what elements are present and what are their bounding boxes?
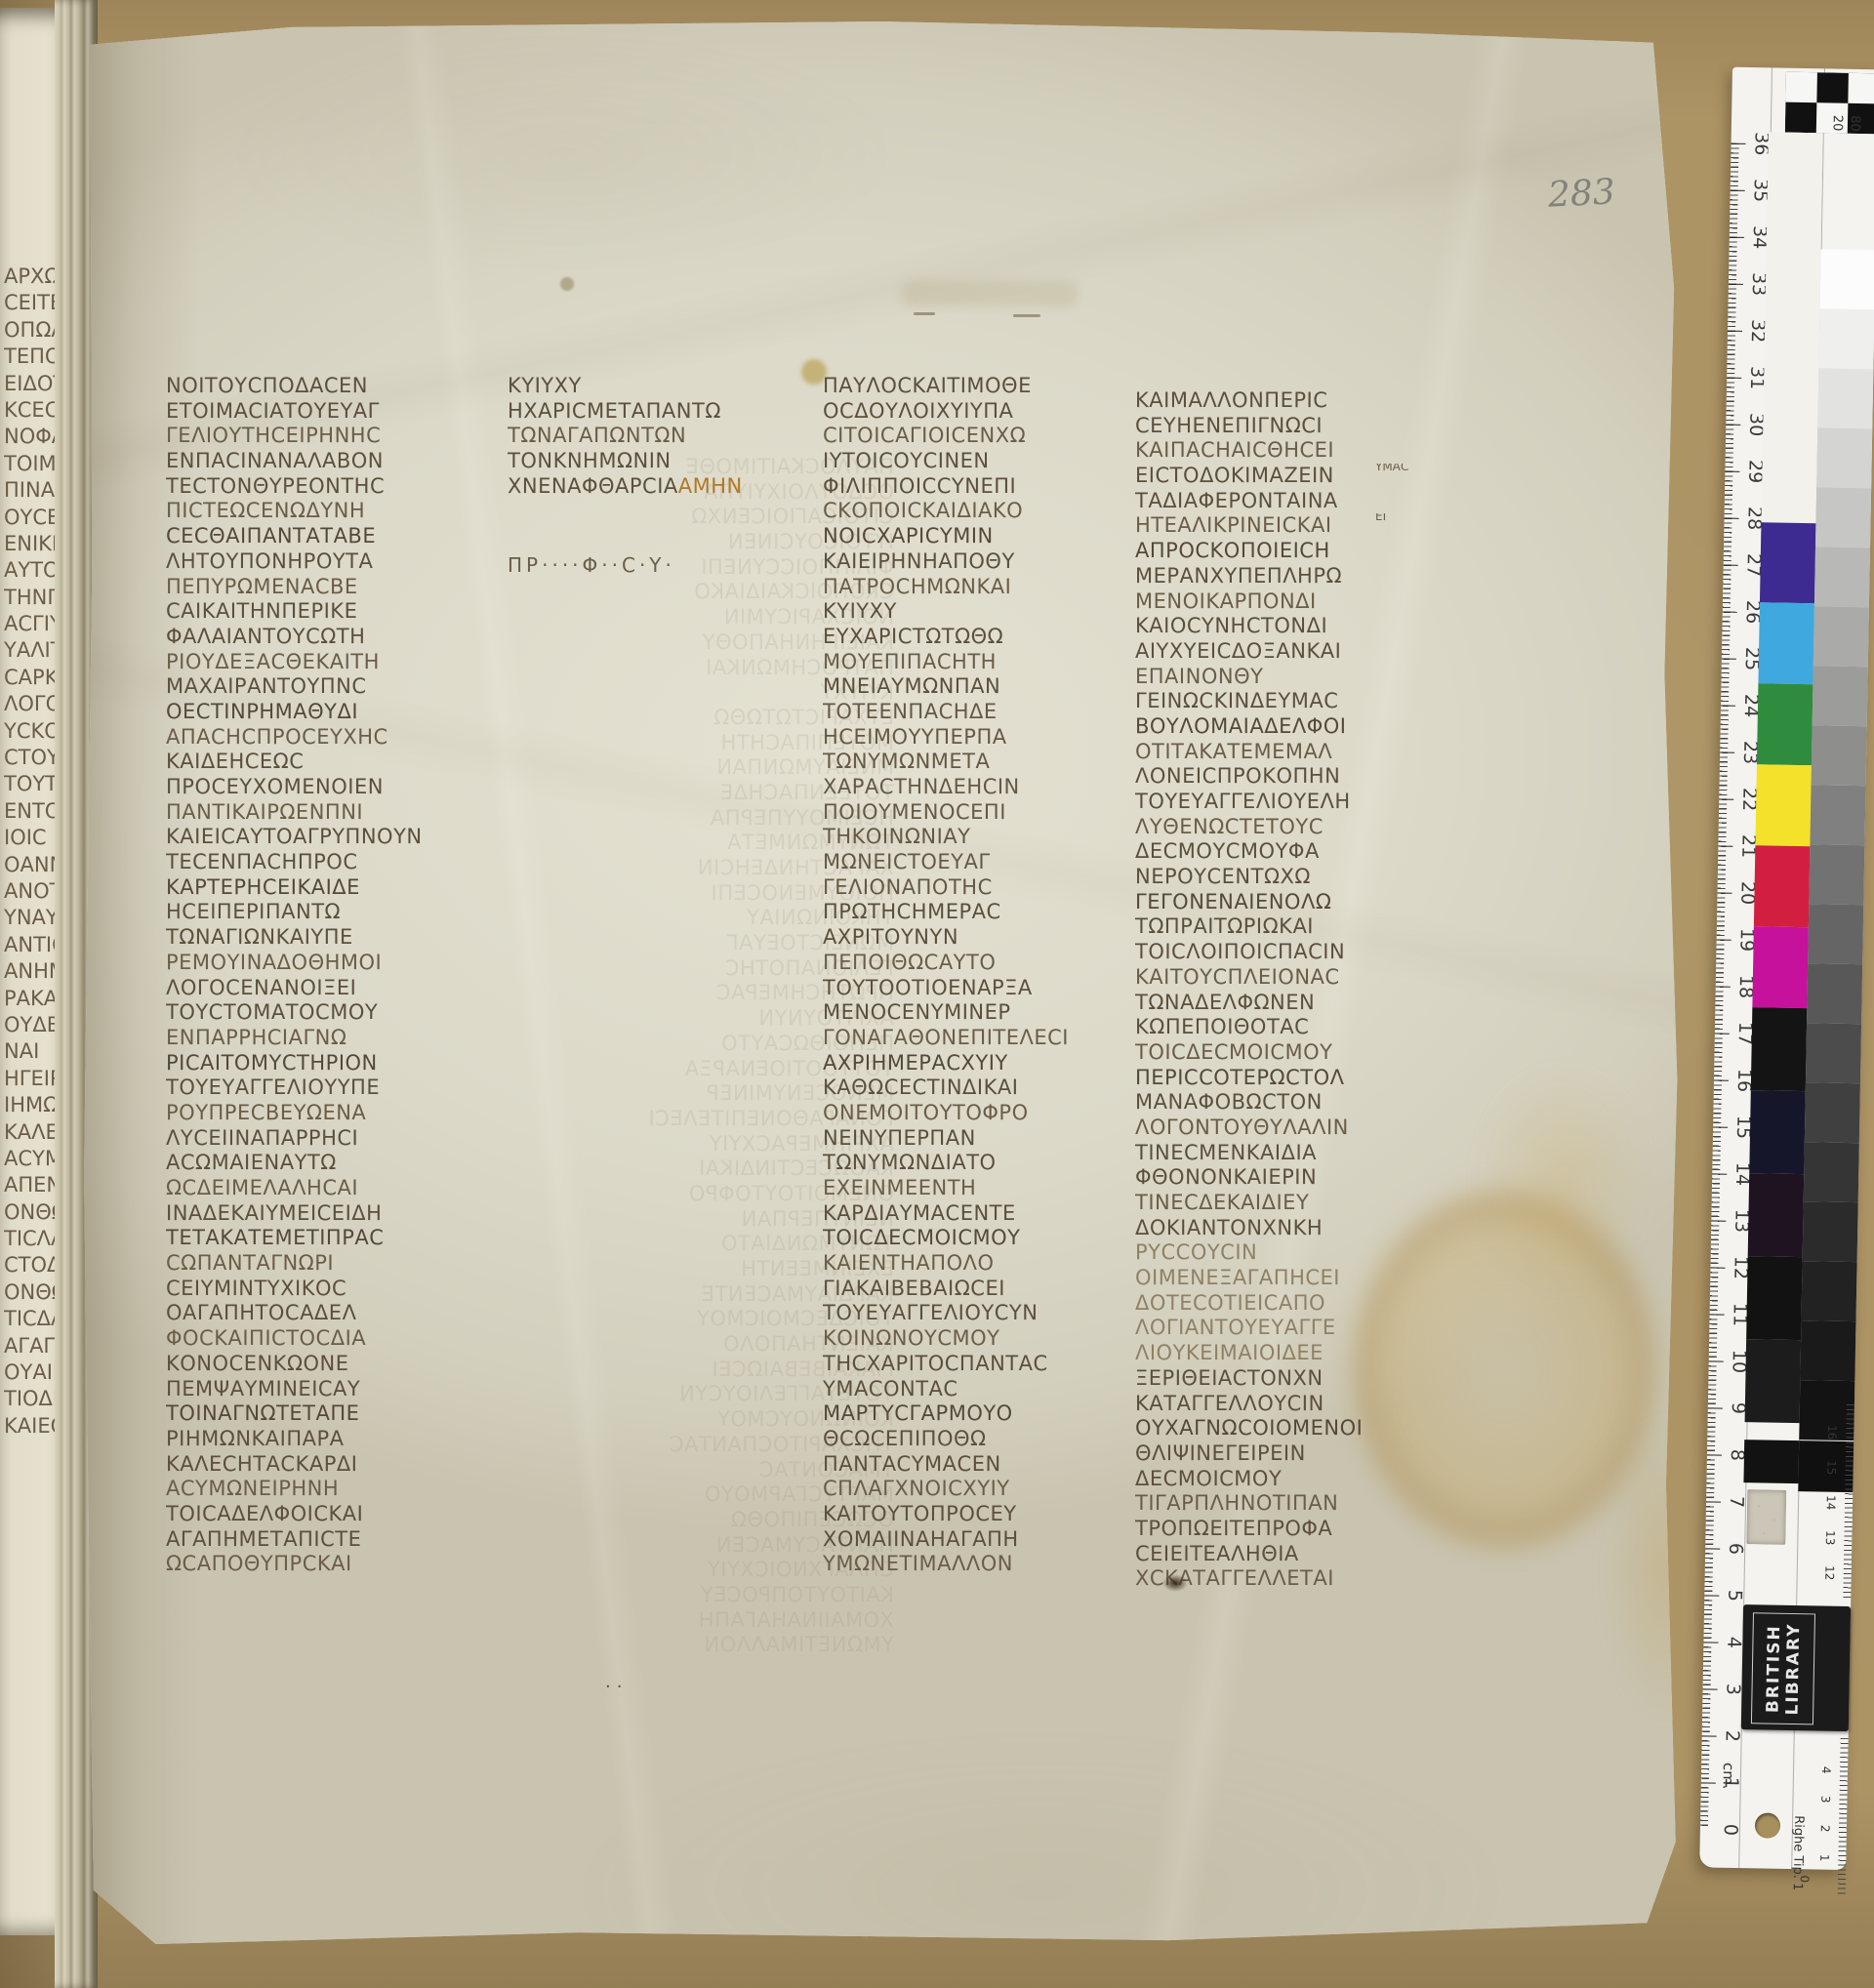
facing-page-line: ΟΠΩΑΥ [4, 317, 62, 344]
manuscript-line: ΤΡΟΠΩΕΙΤΕΠΡΟΦΑ [1135, 1517, 1428, 1542]
grayscale-step-3 [1816, 427, 1872, 488]
manuscript-line: ΑϹΥΜΩΝΕΙΡΗΝΗ [166, 1477, 459, 1502]
manuscript-line: ΤΕΤΑΚΑΤΕΜΕΤΙΠΡΑϹ [166, 1226, 459, 1251]
facing-page-line: ΝΟΦΑΙ [4, 424, 62, 450]
manuscript-line: ΑΠΡΟϹΚΟΠΟΙΕΙϹΗ [1135, 539, 1428, 564]
facing-page-line: ΗΓΕΙΡΕ [4, 1066, 62, 1092]
manuscript-line: ΓΕΛΙΟΝΑΠΟΤΗϹ [823, 875, 1116, 901]
manuscript-line: ΚΑΛΕϹΗΤΑϹΚΑΡΔΙ [166, 1452, 459, 1478]
grayscale-step-10 [1809, 844, 1864, 905]
manuscript-line: ΛΙΟΥΚΕΙΜΑΙΟΙΔΕΕ [1135, 1341, 1428, 1366]
manuscript-line: ΜΕΡΑΝΧΥΠΕΠΛΗΡΩ [1135, 564, 1428, 589]
manuscript-line: ΝΕΡΟΥϹΕΝΤΩΧΩ [1135, 865, 1428, 890]
manuscript-line: ΚΥΙΥΧΥ [508, 374, 800, 399]
facing-page-line: ΟΥΔΕΡΙΤ [4, 1012, 62, 1038]
showthrough-line: ΧΟΜΑΙΙΝΑΗΑΓΑΠΗ [599, 1608, 894, 1634]
facing-page-line: ΤΗΝΠΑ [4, 585, 62, 611]
facing-page-line: ΛΟΓΟϹ [4, 691, 62, 717]
manuscript-line: ΕΥΧΑΡΙϹΤΩΤΩΘΩ [823, 625, 1116, 650]
manuscript-line: ΟΤΙΤΑΚΑΤΕΜΕΜΑΛ [1135, 740, 1428, 765]
mini-ruler-number: 4 [1819, 1766, 1833, 1774]
grayscale-step-7 [1813, 666, 1868, 726]
manuscript-line: ΓΙΑΚΑΙΒΕΒΑΙΩϹΕΙ [823, 1277, 1116, 1302]
amen-rubric: ΑΜΗΝ [678, 474, 743, 498]
manuscript-line: ΟΝΕΜΟΙΤΟΥΤΟΦΡΟ [823, 1101, 1116, 1126]
manuscript-line: ΜΝΕΙΑΥΜΩΝΠΑΝ [823, 674, 1116, 700]
manuscript-line: ΤΟΥϹΤΟΜΑΤΟϹΜΟΥ [166, 1000, 459, 1026]
correction-superscript: ΕΙ [1375, 513, 1386, 530]
grayscale-value-label: 80 [1848, 115, 1862, 132]
manuscript-line: ΜΩΝΕΙϹΤΟΕΥΑΓ [823, 850, 1116, 875]
manuscript-line: ΠΑΤΡΟϹΗΜΩΝΚΑΙ [823, 575, 1116, 600]
manuscript-line: ΤΩΝΑΔΕΛΦΩΝΕΝ [1135, 991, 1428, 1016]
facing-page-line: ΡΑΚΑ [4, 986, 62, 1012]
facing-page-line: ΟΥϹΕΝΙ [4, 505, 62, 531]
color-patch-violet [1760, 522, 1815, 603]
quire-mark-dash [1013, 314, 1040, 317]
parchment-page: .. ΠΑΥΛΟϹΚΑΙΤΙΜΟΘΕΟϹΔΟΥΛΟΙΧΥΙΥΠΑϹΙΤΟΙϹΑΓ… [84, 18, 1679, 1948]
facing-page-line: ΤΙΟΔΝΑΙ [4, 1386, 62, 1412]
manuscript-line: ΥΜΑϹΟΝΤΑϹ [823, 1377, 1116, 1402]
correction-superscript: ΥΜΑϹ [1375, 464, 1408, 480]
manuscript-line: ΤΟΙϹΔΕϹΜΟΙϹΜΟΥ [1135, 1040, 1428, 1066]
facing-page-line: ΑΝΟΤΙΝ [4, 878, 62, 905]
manuscript-line: ΚΑΙΕΝΤΗΑΠΟΛΟ [823, 1251, 1116, 1277]
facing-page-line: ϹΤΟΥΙΤ [4, 745, 62, 771]
facing-page-line: ΑΠΕΝΔΥΑ [4, 1172, 62, 1198]
cm-unit-label: cm. [1719, 1763, 1737, 1790]
facing-page-line: ϹΕΙΤΕϹΑ [4, 290, 62, 316]
manuscript-line: ΠΕΜΨΑΥΜΙΝΕΙϹΑΥ [166, 1377, 459, 1402]
manuscript-line: ΚΑΤΑΓΓΕΛΛΟΥϹΙΝ [1135, 1392, 1428, 1417]
manuscript-line: ΛΟΓΟϹΕΝΑΝΟΙΞΕΙ [166, 976, 459, 1001]
manuscript-line: ΔΟΤΕϹΟΤΙΕΙϹΑΠΟ [1135, 1291, 1428, 1317]
facing-page-line: ΑΓΑΠΗΜ [4, 1333, 62, 1359]
manuscript-line: ΤΟΤΕΕΝΠΑϹΗΔΕ [823, 700, 1116, 725]
facing-page-line: ΤΟΙΜΓ [4, 451, 62, 477]
grayscale-step-13 [1806, 1023, 1861, 1083]
text-column-2-ephesians-end: ΚΥΙΥΧΥΗΧΑΡΙϹΜΕΤΑΠΑΝΤΩΤΩΝΑΓΑΠΩΝΤΩΝΤΟΝΚΝΗΜ… [508, 374, 800, 579]
manuscript-line: ΤΟΥΕΥΑΓΓΕΛΙΟΥΥΠΕ [166, 1075, 459, 1101]
manuscript-line: ΚΑΡΔΙΑΥΜΑϹΕΝΤΕ [823, 1201, 1116, 1227]
manuscript-line: ΤΗΚΟΙΝΩΝΙΑΥ [823, 825, 1116, 850]
manuscript-line: ΛΟΝΕΙϹΠΡΟΚΟΠΗΝ [1135, 764, 1428, 790]
manuscript-line: ΘΛΙΨΙΝΕΓΕΙΡΕΙΝ [1135, 1441, 1428, 1467]
color-patch-white [1761, 132, 1822, 523]
punctuation-dots: .. [605, 1672, 628, 1692]
manuscript-line: ΘϹΩϹΕΠΙΠΟΘΩ [823, 1427, 1116, 1452]
folio-number: 283 [1547, 172, 1616, 216]
manuscript-line: ΩϹΑΠΟΘΥΠΡϹΚΑΙ [166, 1552, 459, 1577]
manuscript-line: ΓΟΝΑΓΑΘΟΝΕΠΙΤΕΛΕϹΙ [823, 1026, 1116, 1051]
manuscript-line: ΠΕΠΥΡΩΜΕΝΑϹΒΕ [166, 575, 459, 600]
manuscript-line: ΧΟΜΑΙΙΝΑΗΑΓΑΠΗ [823, 1527, 1116, 1553]
manuscript-line: ΜΑΡΤΥϹΓΑΡΜΟΥΟ [823, 1401, 1116, 1427]
grayscale-step-14 [1805, 1082, 1860, 1143]
manuscript-line: ΤΙΝΕϹΔΕΚΑΙΔΙΕΥ [1135, 1191, 1428, 1216]
manuscript-line: ΙΥΤΟΙϹΟΥϹΙΝΕΝ [823, 449, 1116, 474]
facing-page-line: ΥΑΛΙΤΗ [4, 637, 62, 664]
manuscript-line: ΔΕϹΜΟΙϹΜΟΥ [1135, 1467, 1428, 1492]
faded-stamp-smudge [902, 281, 1078, 306]
grayscale-step-17 [1801, 1261, 1856, 1321]
manuscript-line: ΡΥϹϹΟΥϹΙΝ [1135, 1240, 1428, 1266]
facing-page-line: ΙΗΜΩΝ [4, 1092, 62, 1118]
facing-page-line: ΙΟΙϹ [4, 825, 62, 851]
manuscript-line: ΛΟΓΟΝΤΟΥΘΥΛΑΛΙΝ [1135, 1116, 1428, 1141]
manuscript-line: ΡΙΗΜΩΝΚΑΙΠΑΡΑ [166, 1427, 459, 1452]
manuscript-line: ΦΑΛΑΙΑΝΤΟΥϹΩΤΗ [166, 625, 459, 650]
manuscript-line: ΡΕΜΟΥΙΝΑΔΟΘΗΜΟΙ [166, 951, 459, 976]
manuscript-line: ϹΩΠΑΝΤΑΓΝΩΡΙ [166, 1251, 459, 1277]
black-end-square [1743, 1440, 1799, 1483]
manuscript-line: ΜΕΝΟΙΚΑΡΠΟΝΔΙ [1135, 589, 1428, 615]
manuscript-line: ΚΑΘΩϹΕϹΤΙΝΔΙΚΑΙ [823, 1075, 1116, 1101]
manuscript-line: ΜΑΝΑΦΟΒΩϹΤΟΝ [1135, 1090, 1428, 1116]
manuscript-line: ΤΟΙΝΑΓΝΩΤΕΤΑΠΕ [166, 1401, 459, 1427]
showthrough-line: ΚΑΙΤΟΥΤΟΠΡΟϹΕΥ [599, 1583, 894, 1608]
manuscript-line: ΚΑΙΕΙϹΑΥΤΟΑΓΡΥΠΝΟΥΝ [166, 825, 459, 850]
manuscript-line: ΜΟΥΕΠΙΠΑϹΗΤΗ [823, 650, 1116, 675]
color-patch-black [1751, 1007, 1808, 1091]
scuffed-patch [1746, 1489, 1786, 1545]
mini-ruler-number: 12 [1822, 1565, 1836, 1581]
grayscale-step-18 [1800, 1320, 1855, 1381]
manuscript-line: ΠΙϹΤΕΩϹΕΝΩΔΥΝΗ [166, 499, 459, 524]
mini-ruler-number: 2 [1818, 1825, 1832, 1833]
color-patch-cyan [1758, 602, 1814, 684]
manuscript-line: ΤΩΠΡΑΙΤΩΡΙΩΚΑΙ [1135, 914, 1428, 940]
mini-ruler-number: 13 [1823, 1530, 1837, 1546]
manuscript-line: ΠΕΠΟΙΘΩϹΑΥΤΟ [823, 951, 1116, 976]
mini-ruler-number: 3 [1818, 1796, 1832, 1804]
manuscript-line: ΟΙΜΕΝΕΞΑΓΑΠΗϹΕΙ [1135, 1266, 1428, 1291]
manuscript-line: ΑΠΑϹΗϹΠΡΟϹΕΥΧΗϹ [166, 725, 459, 751]
facing-page-line: ΚϹΕϹΤΙΝ [4, 397, 62, 424]
manuscript-line: ΗϹΕΙΜΟΥΥΠΕΡΠΑ [823, 725, 1116, 751]
manuscript-line: ΛΟΓΙΑΝΤΟΥΕΥΑΓΓΕ [1135, 1316, 1428, 1341]
manuscript-line: ΕΝΠΑΡΡΗϹΙΑΓΝΩ [166, 1026, 459, 1051]
manuscript-line: ΤΩΝΥΜΩΝΜΕΤΑ [823, 750, 1116, 775]
manuscript-line: ΚΑΙΟϹΥΝΗϹΤΟΝΔΙ [1135, 614, 1428, 639]
manuscript-line: ΗΤΕΑΛΙΚΡΙΝΕΙϹΚΑΙΕΙ [1135, 513, 1428, 539]
color-patch-dark-purple [1748, 1173, 1805, 1257]
manuscript-line: ΗϹΕΙΠΕΡΙΠΑΝΤΩ [166, 900, 459, 925]
manuscript-line: ΩϹΔΕΙΜΕΛΑΛΗϹΑΙ [166, 1176, 459, 1201]
manuscript-line: ΛΥΘΕΝΩϹΤΕΤΟΥϹ [1135, 815, 1428, 840]
facing-page-line: ΑϹΓΙΥΛΕ [4, 611, 62, 637]
manuscript-line: ΔΕϹΜΟΥϹΜΟΥΦΑ [1135, 839, 1428, 865]
color-patch-dark-navy [1749, 1090, 1806, 1174]
facing-page-line: ϹΑΡΚΑΝ [4, 665, 62, 691]
manuscript-line: ΧΑΡΑϹΤΗΝΔΕΗϹΙΝ [823, 775, 1116, 800]
manuscript-line: ΑΙΥΧΥΕΙϹΔΟΞΑΝΚΑΙ [1135, 639, 1428, 665]
manuscript-line: ΚΑΙΔΕΗϹΕΩϹ [166, 750, 459, 775]
ink-blot [1162, 1574, 1188, 1592]
manuscript-line: ΜΑΧΑΙΡΑΝΤΟΥΠΝϹ [166, 674, 459, 700]
mini-ruler-number: 14 [1824, 1495, 1838, 1511]
manuscript-line: ΠΑΥΛΟϹΚΑΙΤΙΜΟΘΕ [823, 374, 1116, 399]
manuscript-line: ΚΑΙΠΑϹΗΑΙϹΘΗϹΕΙ [1135, 438, 1428, 464]
grayscale-step-5 [1814, 547, 1870, 607]
manuscript-line: ΤΩΝΑΓΑΠΩΝΤΩΝ [508, 424, 800, 449]
manuscript-line: ΕΙϹΤΟΔΟΚΙΜΑΖΕΙΝΥΜΑϹ [1135, 464, 1428, 489]
manuscript-line: ϹΕϹΘΑΙΠΑΝΤΑΤΑΒΕ [166, 524, 459, 549]
quire-mark-dash [914, 312, 935, 315]
facing-page-line: ΑϹΥΜΩΝ [4, 1146, 62, 1172]
manuscript-line: ΚΑΙΜΑΛΛΟΝΠΕΡΙϹ [1135, 388, 1428, 414]
manuscript-line: ΝΕΙΝΥΠΕΡΠΑΝ [823, 1126, 1116, 1152]
manuscript-line: ϹΑΙΚΑΙΤΗΝΠΕΡΙΚΕ [166, 599, 459, 625]
color-patch-black-2 [1746, 1256, 1803, 1340]
manuscript-line: ΓΕΛΙΟΥΤΗϹΕΙΡΗΝΗϹ [166, 424, 459, 449]
text-column-4-philippians: ΚΑΙΜΑΛΛΟΝΠΕΡΙϹϹΕΥΗΕΝΕΠΙΓΝΩϹΙΚΑΙΠΑϹΗΑΙϹΘΗ… [1135, 388, 1428, 1592]
manuscript-line: ΟΕϹΤΙΝΡΗΜΑΘΥΔΙ [166, 700, 459, 725]
facing-page-line: ΥϹΚΟϹΜ [4, 718, 62, 745]
manuscript-line: ΟΑΓΑΠΗΤΟϹΑΔΕΛ [166, 1301, 459, 1326]
facing-page-line: ΑΥΤΟΙϹ [4, 557, 62, 584]
facing-page-line: ΤΟΥΤΠ [4, 771, 62, 797]
mini-ruler-number: 16 [1825, 1425, 1839, 1440]
manuscript-line: ΑϹΩΜΑΙΕΝΑΥΤΩ [166, 1151, 459, 1176]
manuscript-line: ΤΩΝΥΜΩΝΔΙΑΤΟ [823, 1151, 1116, 1176]
ruler-hole [1755, 1812, 1780, 1838]
manuscript-line: ΚΑΙΤΟΥϹΠΛΕΙΟΝΑϹ [1135, 965, 1428, 991]
showthrough-line: ΥΜΩΝΕΤΙΜΑΛΛΟΝ [599, 1633, 894, 1658]
manuscript-line: ΝΟΙΤΟΥϹΠΟΔΑϹΕΝ [166, 374, 459, 399]
grayscale-step-9 [1810, 785, 1865, 845]
manuscript-line: ΤΗϹΧΑΡΙΤΟϹΠΑΝΤΑϹ [823, 1352, 1116, 1377]
book-subscription-ephesians: ΠΡ····Φ··Ϲ·Υ· [508, 553, 800, 579]
facing-page-line: ΟΝΘΩΙΑ [4, 1279, 62, 1306]
manuscript-line: ΤΕϹΕΝΠΑϹΗΠΡΟϹ [166, 850, 459, 875]
color-patch-black-3 [1745, 1339, 1802, 1423]
facing-page-line: ΟΝΘΩΜ [4, 1199, 62, 1226]
facing-page-line: ϹΤΟΔΥΝΑ [4, 1252, 62, 1278]
color-patch-red [1754, 845, 1811, 927]
manuscript-line: ΔΟΚΙΑΝΤΟΝΧΝΚΗ [1135, 1216, 1428, 1241]
manuscript-line: ΟΥΧΑΓΝΩϹΟΙΟΜΕΝΟΙ [1135, 1416, 1428, 1441]
parchment-stain-medium [1480, 1072, 1646, 1286]
grayscale-step-8 [1812, 725, 1867, 786]
manuscript-line: ΦΙΛΙΠΠΟΙϹϹΥΝΕΠΙ [823, 474, 1116, 500]
facing-page-line: ΑΡΧΩ [4, 264, 62, 290]
facing-page-line: ΟΑΝΝΑΙ [4, 852, 62, 878]
grayscale-step-11 [1808, 904, 1863, 964]
manuscript-line: ΚΟΝΟϹΕΝΚΩΟΝΕ [166, 1352, 459, 1377]
manuscript-line: ϹΚΟΠΟΙϹΚΑΙΔΙΑΚΟ [823, 499, 1116, 524]
manuscript-line: ϹΙΤΟΙϹΑΓΙΟΙϹΕΝΧΩ [823, 424, 1116, 449]
manuscript-line: ΤΟΝΚΝΗΜΩΝΙΝ [508, 449, 800, 474]
manuscript-line: ΜΕΝΟϹΕΝΥΜΙΝΕΡ [823, 1000, 1116, 1026]
mini-ruler-number: 1 [1817, 1854, 1831, 1862]
facing-page-line: ΤΙϹΛΑΒΕ [4, 1226, 62, 1252]
facing-page-line: ΚΑΙΕϹΧΑ [4, 1413, 62, 1440]
manuscript-line: ΤΟΥΤΟΟΤΙΟΕΝΑΡΞΑ [823, 976, 1116, 1001]
text-column-1-ephesians: ΝΟΙΤΟΥϹΠΟΔΑϹΕΝΕΤΟΙΜΑϹΙΑΤΟΥΕΥΑΓΓΕΛΙΟΥΤΗϹΕ… [166, 374, 459, 1577]
manuscript-line: ΞΕΡΙΘΕΙΑϹΤΟΝΧΝ [1135, 1366, 1428, 1392]
manuscript-line: ΚΑΙΤΟΥΤΟΠΡΟϹΕΥ [823, 1502, 1116, 1527]
manuscript-line: ϹΕΙΕΙΤΕΑΛΗΘΙΑ [1135, 1542, 1428, 1567]
grayscale-step-4 [1815, 487, 1871, 548]
grayscale-step-16 [1803, 1201, 1858, 1262]
manuscript-line: ΤΟΙϹΔΕϹΜΟΙϹΜΟΥ [823, 1226, 1116, 1251]
grayscale-step-15 [1804, 1142, 1859, 1202]
facing-page-line: ΑΝΤΙϹ [4, 932, 62, 958]
manuscript-line: ΚΟΙΝΩΝΟΥϹΜΟΥ [823, 1326, 1116, 1352]
manuscript-line: ΤΟΙϹΛΟΙΠΟΙϹΠΑϹΙΝ [1135, 940, 1428, 965]
grayscale-step-12 [1807, 963, 1862, 1024]
facing-page-line: ΕΝΙΚΡΑ [4, 531, 62, 557]
manuscript-line: ΝΟΙϹΧΑΡΙϹΥΜΙΝ [823, 524, 1116, 549]
manuscript-line: ΤΑΔΙΑΦΕΡΟΝΤΑΙΝΑ [1135, 489, 1428, 514]
manuscript-line: ΡΟΥΠΡΕϹΒΕΥΩΕΝΑ [166, 1101, 459, 1126]
facing-page-line: ΟΥΑΙΠΟΟ [4, 1359, 62, 1386]
manuscript-line: ΧϹΚΑΤΑΓΓΕΛΛΕΤΑΙ [1135, 1566, 1428, 1592]
manuscript-line: ΚΥΙΥΧΥ [823, 599, 1116, 625]
manuscript-line: ΦΘΟΝΟΝΚΑΙΕΡΙΝ [1135, 1165, 1428, 1191]
facing-page-line: ΥΝΑΥ [4, 905, 62, 931]
facing-page-line: ΚΑΛΕϹΗ [4, 1119, 62, 1146]
color-patch-yellow [1755, 764, 1812, 846]
manuscript-line: ΤΩΝΑΓΙΩΝΚΑΙΥΠΕ [166, 925, 459, 951]
manuscript-line: ΕΠΑΙΝΟΝΘΥ [1135, 665, 1428, 690]
manuscript-line: ΤΕϹΤΟΝΘΥΡΕΟΝΤΗϹ [166, 474, 459, 500]
manuscript-line: ΡΙΟΥΔΕΞΑϹΘΕΚΑΙΤΗ [166, 650, 459, 675]
manuscript-line: ΠΡΩΤΗϹΗΜΕΡΑϹ [823, 900, 1116, 925]
manuscript-line: ϹΕΥΗΕΝΕΠΙΓΝΩϹΙ [1135, 414, 1428, 439]
manuscript-line: ΠΑΝΤΑϹΥΜΑϹΕΝ [823, 1452, 1116, 1478]
facing-page-line: ΠΙΝΑΙϹ [4, 477, 62, 504]
facing-page-text-column: ΑΡΧΩϹΕΙΤΕϹΑΟΠΩΑΥΤΕΠΟΧΛΕΙΔΟΤΕϹΚϹΕϹΤΙΝΝΟΦΑ… [4, 264, 62, 1440]
manuscript-line: ΛΥϹΕΙΙΝΑΠΑΡΡΗϹΙ [166, 1126, 459, 1152]
ruler-cm-number: 0 [1707, 1812, 1755, 1846]
color-patch-green [1757, 683, 1813, 765]
grayscale-value-label: 20 [1830, 115, 1845, 132]
manuscript-line: ΙΝΑΔΕΚΑΙΥΜΕΙϹΕΙΔΗ [166, 1201, 459, 1227]
facing-page-line: ΤΕΠΟΧΛ [4, 344, 62, 370]
color-patch-magenta [1752, 926, 1809, 1008]
manuscript-line: ΤΙΓΑΡΠΛΗΝΟΤΙΠΑΝ [1135, 1491, 1428, 1517]
manuscript-line: ΤΟΙϹΑΔΕΛΦΟΙϹΚΑΙ [166, 1502, 459, 1527]
mini-ruler-number: 15 [1824, 1460, 1838, 1476]
manuscript-line: ΑΓΑΠΗΜΕΤΑΠΙϹΤΕ [166, 1527, 459, 1553]
manuscript-line: ΗΧΑΡΙϹΜΕΤΑΠΑΝΤΩ [508, 399, 800, 425]
parchment-speckle [560, 277, 574, 291]
mini-ruler-zero: 0 [1798, 1875, 1812, 1883]
manuscript-line: ΤΟΥΕΥΑΓΓΕΛΙΟΥϹΥΝ [823, 1301, 1116, 1326]
label-frame: BRITISHLIBRARY [1751, 1612, 1815, 1724]
manuscript-line: ΡΙϹΑΙΤΟΜΥϹΤΗΡΙΟΝ [166, 1051, 459, 1076]
manuscript-line: ΠΑΝΤΙΚΑΙΡΩΕΝΠΝΙ [166, 800, 459, 826]
british-library-label: BRITISHLIBRARY [1741, 1604, 1851, 1731]
facing-page-line: ΕΙΔΟΤΕϹ [4, 371, 62, 397]
manuscript-line: ΓΕΙΝΩϹΚΙΝΔΕΥΜΑϹ [1135, 689, 1428, 714]
manuscript-line: ϹΕΙΥΜΙΝΤΥΧΙΚΟϹ [166, 1277, 459, 1302]
manuscript-line: ΒΟΥΛΟΜΑΙΑΔΕΛΦΟΙ [1135, 714, 1428, 740]
grayscale-step-6 [1813, 606, 1869, 667]
manuscript-line: ΚΩΠΕΠΟΙΘΟΤΑϹ [1135, 1015, 1428, 1040]
facing-page-line: ΝΑΙ [4, 1038, 62, 1065]
manuscript-line: ΑΧΡΙΤΟΥΝΥΝ [823, 925, 1116, 951]
text-column-3-philippians: ΠΑΥΛΟϹΚΑΙΤΙΜΟΘΕΟϹΔΟΥΛΟΙΧΥΙΥΠΑϹΙΤΟΙϹΑΓΙΟΙ… [823, 374, 1116, 1577]
manuscript-line: ΓΕΓΟΝΕΝΑΙΕΝΟΛΩ [1135, 890, 1428, 915]
manuscript-line: ΑΧΡΙΗΜΕΡΑϹΧΥΙΥ [823, 1051, 1116, 1076]
manuscript-line: ΦΟϹΚΑΙΠΙϹΤΟϹΔΙΑ [166, 1326, 459, 1352]
manuscript-line: ΠΟΙΟΥΜΕΝΟϹΕΠΙ [823, 800, 1116, 826]
manuscript-line: ΕΧΕΙΝΜΕΕΝΤΗ [823, 1176, 1116, 1201]
grayscale-step-1 [1818, 308, 1874, 369]
manuscript-line: ΧΝΕΝΑΦΘΑΡϹΙΑΑΜΗΝ [508, 474, 800, 500]
facing-page-line: ΕΝΤΟΙϹ [4, 798, 62, 825]
manuscript-line: ΛΗΤΟΥΠΟΝΗΡΟΥΤΑ [166, 549, 459, 575]
grayscale-step-0 [1819, 249, 1874, 309]
manuscript-line: ΤΙΝΕϹΜΕΝΚΑΙΔΙΑ [1135, 1141, 1428, 1166]
manuscript-line: ΥΜΩΝΕΤΙΜΑΛΛΟΝ [823, 1552, 1116, 1577]
manuscript-line: ΟϹΔΟΥΛΟΙΧΥΙΥΠΑ [823, 399, 1116, 425]
grayscale-step-2 [1817, 368, 1873, 428]
facing-page-line: ΤΙϹΔΑΕ [4, 1306, 62, 1332]
manuscript-line: ΚΑΙΕΙΡΗΝΗΑΠΟΘΥ [823, 549, 1116, 575]
manuscript-line: ΠΕΡΙϹϹΟΤΕΡΩϹΤΟΛ [1135, 1066, 1428, 1091]
label-text: BRITISHLIBRARY [1763, 1622, 1804, 1716]
manuscript-line: ΕΤΟΙΜΑϹΙΑΤΟΥΕΥΑΓ [166, 399, 459, 425]
manuscript-line: ΠΡΟϹΕΥΧΟΜΕΝΟΙΕΝ [166, 775, 459, 800]
facing-page-line: ΑΝΗΜΕ [4, 958, 62, 985]
manuscript-line: ΕΝΠΑϹΙΝΑΝΑΛΑΒΟΝ [166, 449, 459, 474]
manuscript-line: ΤΟΥΕΥΑΓΓΕΛΙΟΥΕΛΗ [1135, 790, 1428, 815]
manuscript-line: ΚΑΡΤΕΡΗϹΕΙΚΑΙΔΕ [166, 875, 459, 901]
manuscript-line: ϹΠΛΑΓΧΝΟΙϹΧΥΙΥ [823, 1477, 1116, 1502]
